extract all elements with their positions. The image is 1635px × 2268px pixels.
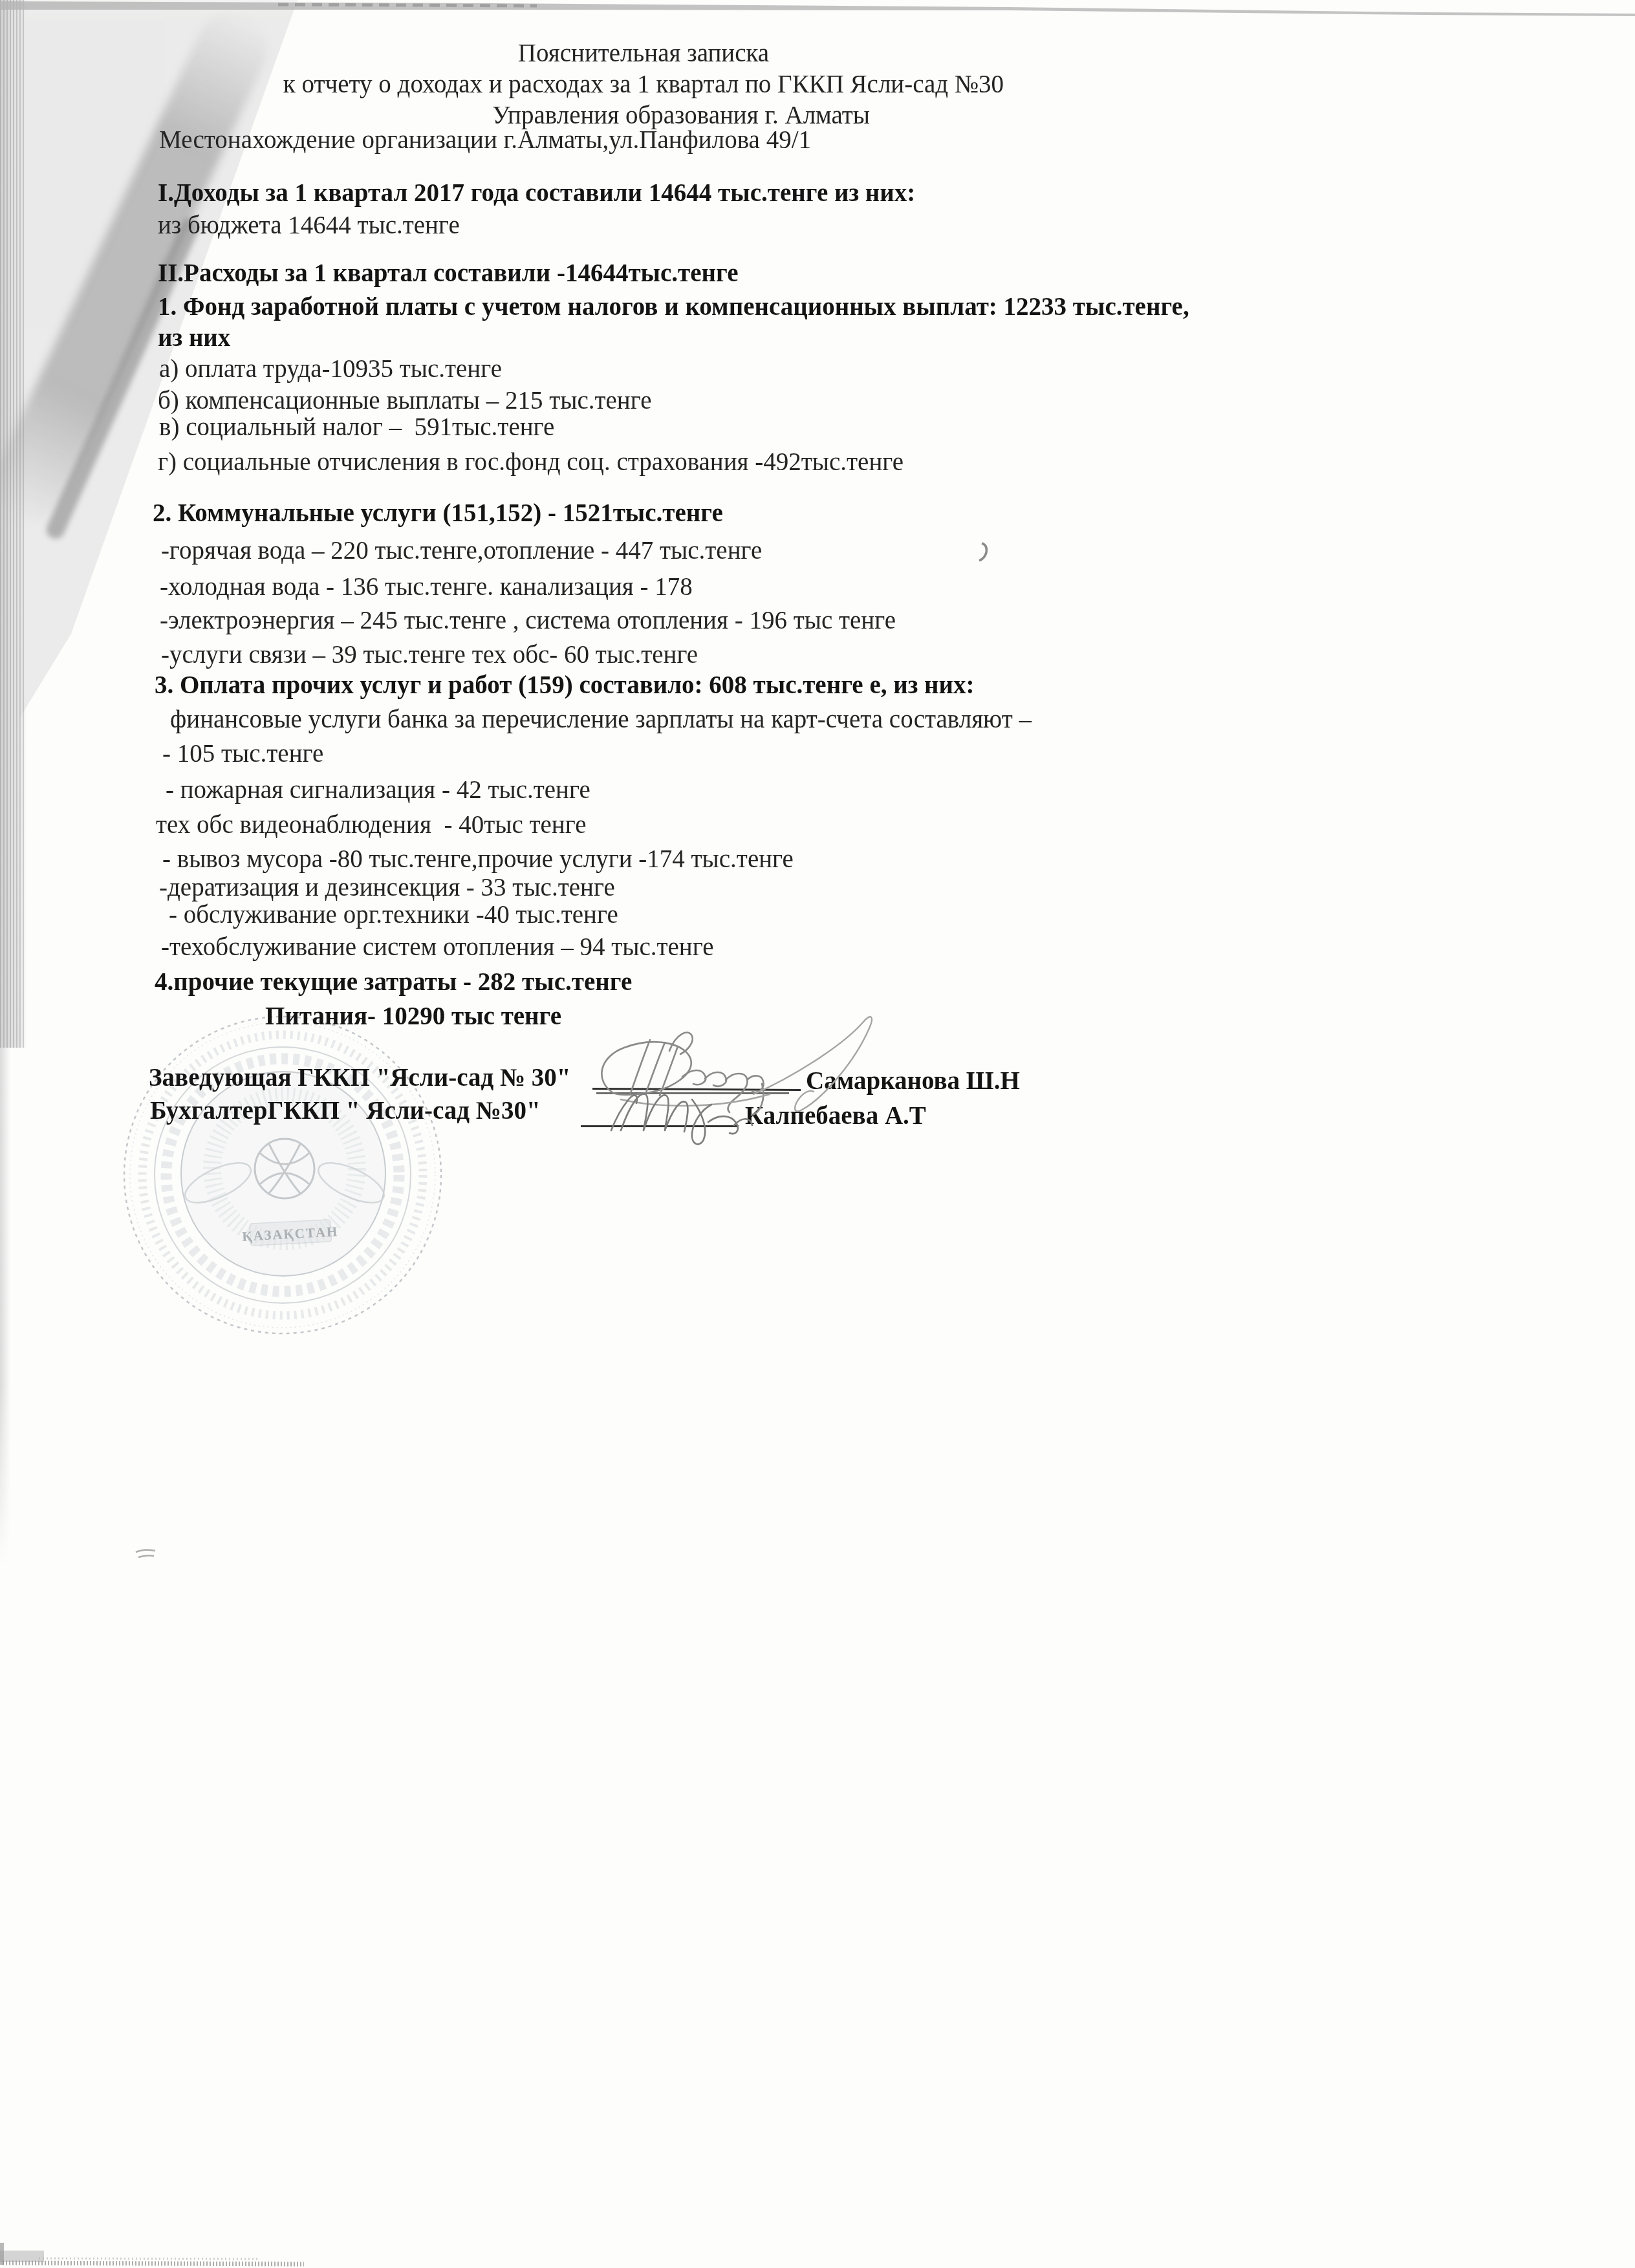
utilities-heading: 2. Коммунальные услуги (151,152) - 1521т…	[153, 499, 723, 528]
signature-underline	[596, 1092, 789, 1094]
stamp-text-ring	[166, 1059, 399, 1291]
signature-name-accountant: Калпебаева А.Т	[745, 1101, 926, 1131]
doc-title-line1: Пояснительная записка	[0, 39, 1287, 69]
doc-title-line2: к отчету о доходах и расходах за 1 кварт…	[0, 70, 1287, 100]
payroll-item: в) социальный налог – 591тыс.тенге	[159, 413, 554, 442]
director-signature	[601, 1033, 763, 1115]
payroll-heading: 1. Фонд заработной платы с учетом налого…	[158, 292, 1189, 322]
utilities-item: -горячая вода – 220 тыс.тенге,отопление …	[161, 536, 762, 566]
accountant-signature	[611, 1094, 752, 1144]
scan-marks	[0, 1, 1635, 2265]
signature-underline	[592, 1088, 801, 1091]
stamp-shanyrak	[255, 1139, 314, 1198]
other-services-item: - вывоз мусора -80 тыс.тенге,прочие услу…	[162, 845, 794, 874]
scan-comma-speck	[979, 543, 986, 561]
other-services-item: финансовые услуги банка за перечисление …	[170, 705, 1032, 735]
other-services-heading: 3. Оплата прочих услуг и работ (159) сос…	[155, 671, 975, 700]
other-services-item: - обслуживание орг.техники -40 тыс.тенге	[169, 900, 618, 930]
scan-bottom-smudge	[0, 2251, 44, 2262]
official-round-stamp: ҚАЗАҚСТАН	[121, 1013, 444, 1337]
food-line: Питания- 10290 тыс тенге	[265, 1002, 561, 1031]
other-services-item: - 105 тыс.тенге	[162, 739, 323, 769]
utilities-item: -электроэнергия – 245 тыс.тенге , систем…	[160, 606, 896, 636]
stamp-country-text: ҚАЗАҚСТАН	[242, 1224, 339, 1244]
income-heading: I.Доходы за 1 квартал 2017 года составил…	[158, 178, 915, 208]
signature-name-director: Самарканова Ш.Н	[806, 1066, 1020, 1096]
signature-underline	[581, 1125, 739, 1127]
signature-overlay	[0, 0, 1635, 2268]
scan-mid-speck	[136, 1550, 155, 1557]
payroll-subheading: из них	[158, 323, 230, 353]
stamp-banner: ҚАЗАҚСТАН	[241, 1219, 339, 1246]
signature-flourish	[621, 1017, 872, 1111]
payroll-item: г) социальные отчисления в гос.фонд соц.…	[158, 448, 904, 477]
doc-location-line: Местонахождение организации г.Алматы,ул.…	[159, 125, 811, 155]
signature-role-director: Заведующая ГККП "Ясли-сад № 30"	[149, 1063, 571, 1093]
income-from-budget: из бюджета 14644 тыс.тенге	[158, 211, 460, 241]
payroll-item: а) оплата труда-10935 тыс.тенге	[159, 354, 502, 384]
payroll-item: б) компенсационные выплаты – 215 тыс.тен…	[158, 386, 651, 416]
other-current-heading: 4.прочие текущие затраты - 282 тыс.тенге	[155, 967, 632, 997]
stamp-wing-right	[313, 1155, 389, 1211]
utilities-item: -холодная вода - 136 тыс.тенге. канализа…	[160, 572, 693, 602]
scan-edge-band-lower	[0, 1048, 10, 1565]
scan-bottom-hatch	[3, 2263, 304, 2264]
signature-role-accountant: БухгалтерГККП " Ясли-сад №30"	[150, 1096, 541, 1126]
other-services-item: - пожарная сигнализация - 42 тыс.тенге	[166, 775, 590, 805]
other-services-item: -дератизация и дезинсекция - 33 тыс.тенг…	[159, 873, 615, 903]
scan-edge-band	[0, 0, 26, 1048]
other-services-item: -техобслуживание систем отопления – 94 т…	[161, 933, 713, 962]
other-services-item: тех обс видеонаблюдения - 40тыс тенге	[156, 810, 587, 840]
scanned-page: ҚАЗАҚСТАН Пояснительная записка к отчету…	[0, 0, 1635, 2268]
utilities-item: -услуги связи – 39 тыс.тенге тех обс- 60…	[161, 640, 698, 670]
expenses-heading: II.Расходы за 1 квартал составили -14644…	[158, 259, 739, 288]
stamp-wing-left	[180, 1155, 256, 1211]
